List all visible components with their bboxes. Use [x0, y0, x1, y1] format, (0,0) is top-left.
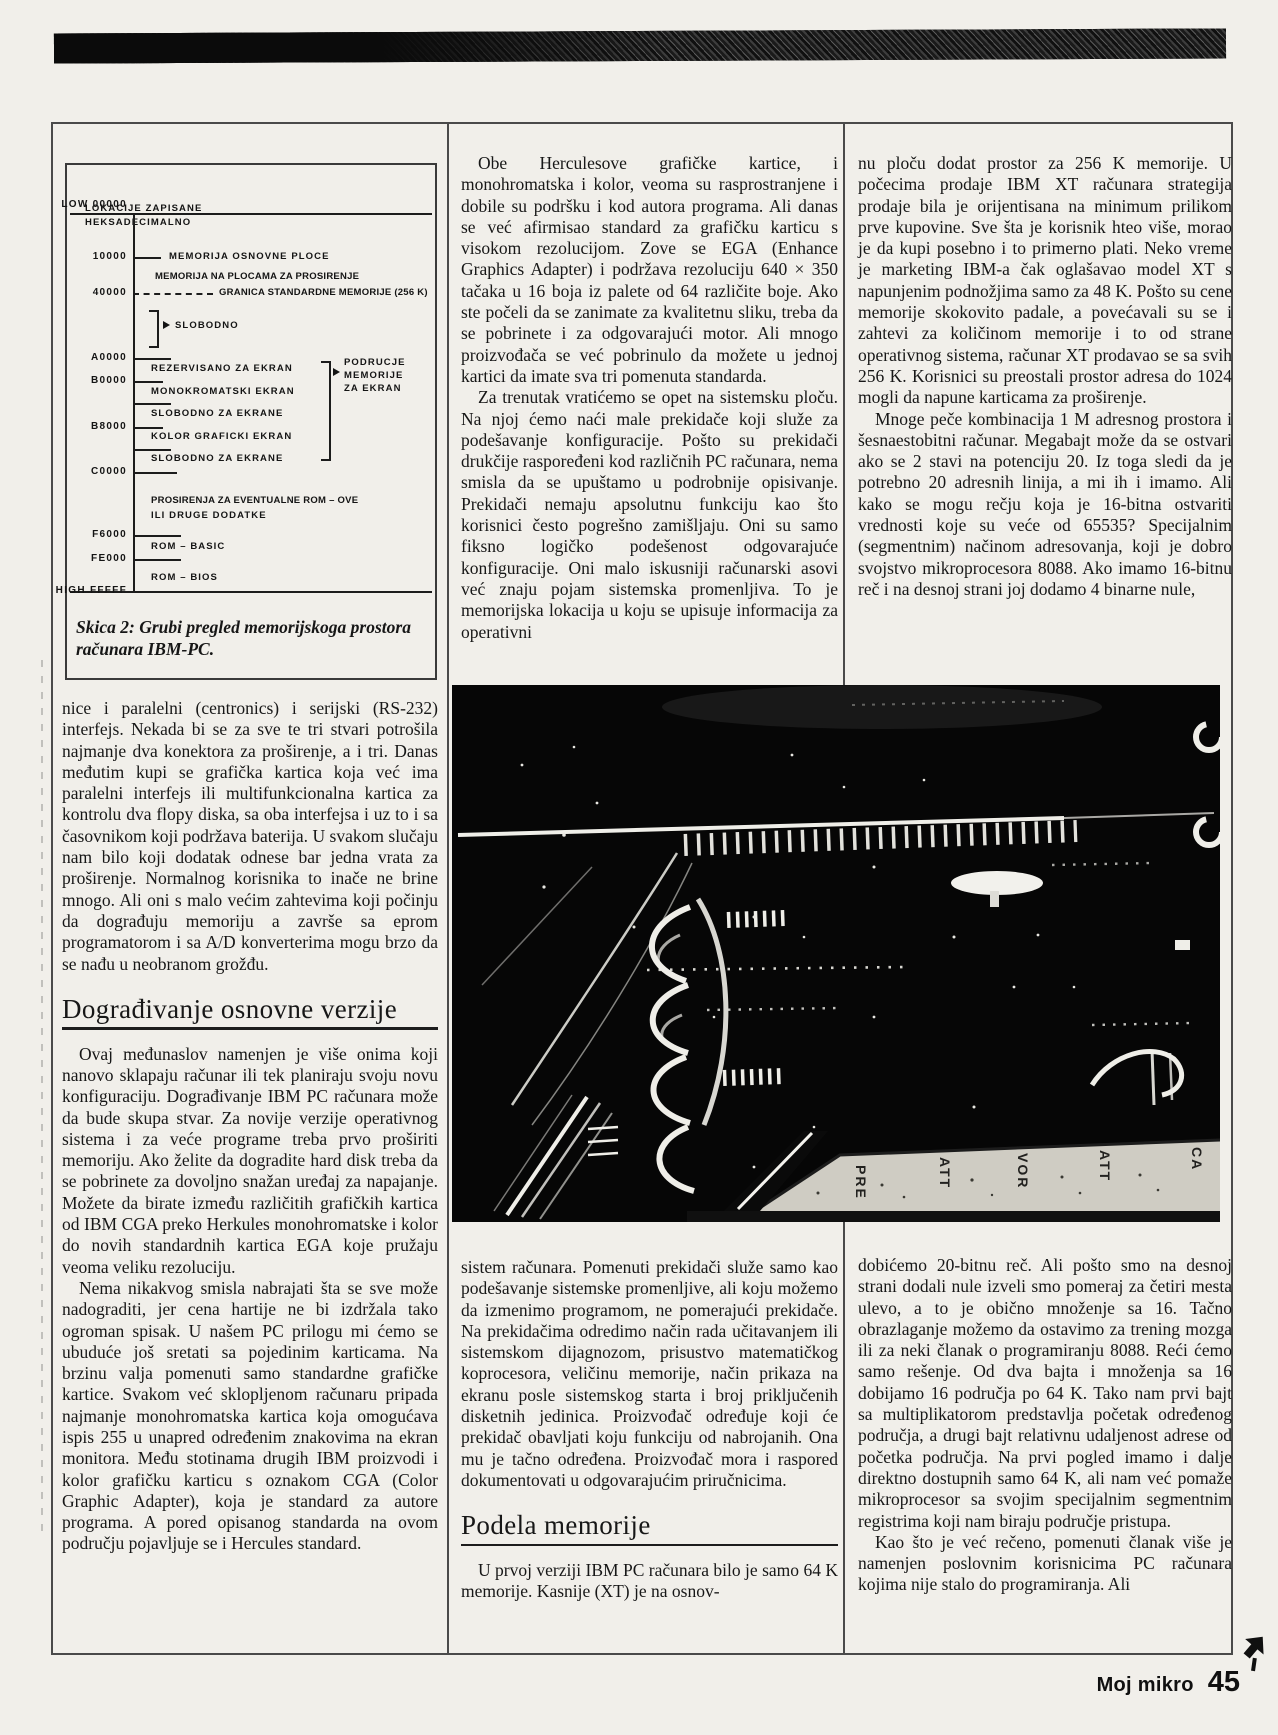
hex-label-B0000: B0000 — [51, 375, 127, 386]
region-label: MONOKROMATSKI EKRAN — [151, 386, 295, 397]
diagram-line — [70, 213, 432, 215]
diagram-line — [133, 472, 177, 474]
magazine-name: Moj mikro — [1097, 1674, 1194, 1696]
arrow-right-icon — [333, 368, 340, 376]
region-label: PODRUCJE — [344, 357, 406, 368]
hex-label-10000: 10000 — [51, 251, 127, 262]
left-column: nice i paralelni (centronics) i serijski… — [62, 698, 438, 1555]
photo-background — [452, 685, 1220, 1222]
region-label: GRANICA STANDARDNE MEMORIJE (256 K) — [219, 287, 428, 298]
top-halftone-bar — [54, 28, 1226, 63]
diagram-line — [133, 559, 181, 561]
region-label: MEMORIJE — [344, 370, 403, 381]
middle-column-top: Obe Herculesove grafičke kartice, i mono… — [461, 153, 838, 643]
diagram-line — [329, 361, 331, 461]
heading-rule — [62, 1027, 438, 1030]
card-label: PRE — [853, 1165, 869, 1200]
diagram-line — [321, 361, 329, 363]
diagram-line — [149, 310, 157, 312]
column-divider-left — [447, 124, 449, 1653]
hex-label-FE000: FE000 — [51, 553, 127, 564]
paragraph-first-version: U prvoj verziji IBM PC računara bilo je … — [461, 1560, 838, 1603]
paragraph-interfaces: nice i paralelni (centronics) i serijski… — [62, 698, 438, 975]
hex-label-low: LOW 00000 — [51, 199, 127, 210]
photo-shadow-detail — [662, 685, 1102, 729]
region-label: REZERVISANO ZA EKRAN — [151, 363, 293, 374]
magazine-page: { "diagram": { "title1": "LOKACIJE ZAPIS… — [0, 0, 1278, 1735]
diagram-line — [149, 346, 157, 348]
memory-map-diagram: LOKACIJE ZAPISANE HEKSADECIMALNO LOW 000… — [65, 163, 437, 680]
paragraph-business-users: Kao što je već rečeno, pomenuti članak v… — [858, 1532, 1232, 1596]
paragraph-megabyte: Mnoge peče kombinacija 1 M adresnog pros… — [858, 409, 1232, 601]
arrow-right-icon — [163, 321, 170, 329]
hex-label-40000: 40000 — [51, 287, 127, 298]
paragraph-xt-memory: nu ploču dodat prostor za 256 K memorije… — [858, 153, 1232, 409]
page-number: 45 — [1208, 1666, 1240, 1698]
section-heading-dogradjivanje: Dograđivanje osnovne verzije — [62, 999, 438, 1020]
figure-caption: Skica 2: Grubi pregled memorijskoga pros… — [76, 616, 426, 660]
paragraph-20bit-word: dobićemo 20-bitnu reč. Ali pošto smo na … — [858, 1255, 1232, 1532]
paragraph-upgrade-cards: Nema nikakvog smisla nabrajati šta se sv… — [62, 1278, 438, 1555]
figure-caption-line2: računara IBM-PC. — [76, 638, 426, 660]
diagram-line — [157, 310, 159, 348]
diagram-line — [133, 293, 213, 295]
figure-caption-line1: Skica 2: Grubi pregled memorijskoga pros… — [76, 616, 426, 638]
hardware-photo: PRE ATT VOR ATT CA — [452, 685, 1220, 1222]
page-footer: Moj mikro45 — [1000, 1666, 1240, 1699]
diagram-title-line2: HEKSADECIMALNO — [85, 217, 191, 228]
section-heading-podela: Podela memorije — [461, 1515, 838, 1536]
region-label: SLOBODNO ZA EKRANE — [151, 408, 283, 419]
paragraph-switch-settings: sistem računara. Pomenuti prekidači služ… — [461, 1257, 838, 1491]
region-label: ROM – BASIC — [151, 541, 225, 552]
region-label: MEMORIJA NA PLOCAMA ZA PROSIRENJE — [155, 271, 359, 282]
paragraph-hercules: Obe Herculesove grafičke kartice, i mono… — [461, 153, 838, 387]
hex-label-C0000: C0000 — [51, 466, 127, 477]
card-label: ATT — [937, 1157, 953, 1189]
diagram-line — [133, 403, 171, 405]
diagram-line — [321, 459, 329, 461]
hex-label-A0000: A0000 — [51, 352, 127, 363]
region-label: MEMORIJA OSNOVNE PLOCE — [169, 251, 330, 262]
card-label: ATT — [1097, 1150, 1113, 1182]
continued-arrow-icon — [1242, 1632, 1268, 1672]
diagram-line — [133, 449, 171, 451]
region-label: ILI DRUGE DODATKE — [151, 510, 267, 521]
region-label: KOLOR GRAFICKI EKRAN — [151, 431, 292, 442]
card-label: CA — [1189, 1147, 1205, 1171]
right-column-bottom: dobićemo 20-bitnu reč. Ali pošto smo na … — [858, 1255, 1232, 1596]
paragraph-upgrade-intro: Ovaj međunaslov namenjen je više onima k… — [62, 1044, 438, 1278]
region-label: ZA EKRAN — [344, 383, 402, 394]
region-label: ROM – BIOS — [151, 572, 218, 583]
hex-label-F6000: F6000 — [51, 529, 127, 540]
region-label: PROSIRENJA ZA EVENTUALNE ROM – OVE — [151, 495, 358, 506]
diagram-line — [133, 535, 181, 537]
middle-column-bottom: sistem računara. Pomenuti prekidači služ… — [461, 1257, 838, 1603]
hex-label-high: HIGH FFFFF — [51, 585, 127, 596]
hex-label-B8000: B8000 — [51, 421, 127, 432]
card-label: VOR — [1015, 1153, 1031, 1189]
diagram-line — [133, 427, 163, 429]
region-label: SLOBODNO ZA EKRANE — [151, 453, 283, 464]
diagram-line — [133, 257, 161, 259]
diagram-line — [133, 381, 163, 383]
diagram-line — [133, 358, 171, 360]
heading-rule — [461, 1544, 838, 1547]
right-column-top: nu ploču dodat prostor za 256 K memorije… — [858, 153, 1232, 600]
scan-fold-artifact — [41, 660, 43, 1540]
region-label: SLOBODNO — [175, 320, 239, 331]
paragraph-switches: Za trenutak vratićemo se opet na sistems… — [461, 387, 838, 643]
